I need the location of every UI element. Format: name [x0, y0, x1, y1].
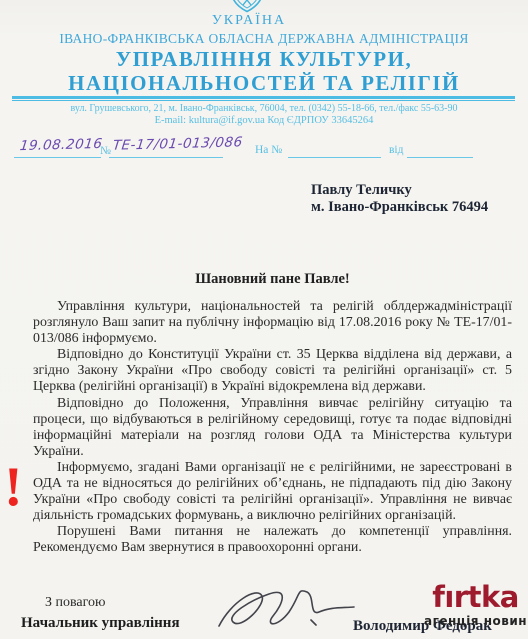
exclamation-mark-annotation: ! [4, 459, 23, 515]
from-underline [407, 157, 473, 158]
paragraph-line: Відповідно до Положення, Управління вивч… [33, 396, 512, 412]
paragraph-line: згідно Закону України «Про свободу совіс… [33, 363, 512, 379]
paragraph-line: діяльність громадських формувань, а викл… [33, 508, 512, 524]
from-label: від [389, 144, 403, 156]
letterhead-country: УКРАЇНА [0, 13, 498, 29]
recipient-city: м. Івано-Франківськ 76494 [311, 199, 488, 216]
number-label: № [100, 145, 111, 157]
paragraph-line: 013/086 інформуємо. [33, 331, 512, 347]
number-underline [109, 157, 223, 158]
letterhead-email: E-mail: kultura@if.gov.ua Код ЄДРПОУ 336… [0, 115, 528, 126]
paragraph-line: України. [33, 444, 512, 460]
paragraph-line: Інформуємо, згадані Вами організації не … [33, 460, 512, 476]
paragraph-line: інформаційні матеріали на розгляд голови… [33, 428, 512, 444]
paragraph-line: ОДА та не відносяться до релігійних об’є… [33, 476, 512, 492]
paragraph-line: Порушені Вами питання не належать до ком… [33, 524, 512, 540]
letterhead-administration: ІВАНО-ФРАНКІВСЬКА ОБЛАСНА ДЕРЖАВНА АДМІН… [0, 31, 528, 47]
paragraph-line: України «Про свободу совісті та релігійн… [33, 492, 512, 508]
letterhead-department-line2: НАЦІОНАЛЬНОСТЕЙ ТА РЕЛІГІЙ [0, 71, 528, 96]
signature-scribble [213, 584, 363, 639]
paragraph-line: Церква (релігійні організації) в Україні… [33, 379, 512, 395]
firtka-logo: fırtka [424, 583, 527, 611]
date-underline [14, 157, 101, 158]
closing-regards: З повагою [45, 595, 106, 611]
paragraph-line: Рекомендуємо Вам звернутися в правоохоро… [33, 540, 512, 556]
firtka-tagline: агенція новин [424, 614, 527, 628]
paragraph-line: процеси, що відбуваються в релігійному с… [33, 412, 512, 428]
scanned-letter-page: УКРАЇНА ІВАНО-ФРАНКІВСЬКА ОБЛАСНА ДЕРЖАВ… [0, 0, 528, 639]
reply-to-underline [288, 157, 381, 158]
recipient-block: Павлу Теличку м. Івано-Франківськ 76494 [311, 182, 488, 216]
letterhead-address: вул. Грушевського, 21, м. Івано-Франківс… [0, 103, 528, 114]
paragraph-line: Відповідно до Конституції України ст. 35… [33, 347, 512, 363]
reply-to-label: На № [255, 144, 282, 156]
letterhead-divider [12, 96, 515, 101]
handwritten-number: ТЕ-17/01-013/086 [112, 134, 244, 153]
recipient-name: Павлу Теличку [311, 182, 488, 199]
salutation: Шановний пане Павле! [33, 271, 512, 288]
paragraph-line: Управління культури, національностей та … [33, 299, 512, 315]
ukraine-trident-shield-icon [228, 0, 266, 13]
signer-position: Начальник управління [21, 615, 180, 632]
letter-body: Управління культури, національностей та … [33, 299, 512, 557]
handwritten-date: 19.08.2016 [19, 136, 103, 154]
paragraph-line: розглянуло Ваш запит на публічну інформа… [33, 315, 512, 331]
firtka-watermark: fırtka агенція новин [424, 583, 527, 628]
letterhead-department-line1: УПРАВЛІННЯ КУЛЬТУРИ, [0, 47, 528, 72]
